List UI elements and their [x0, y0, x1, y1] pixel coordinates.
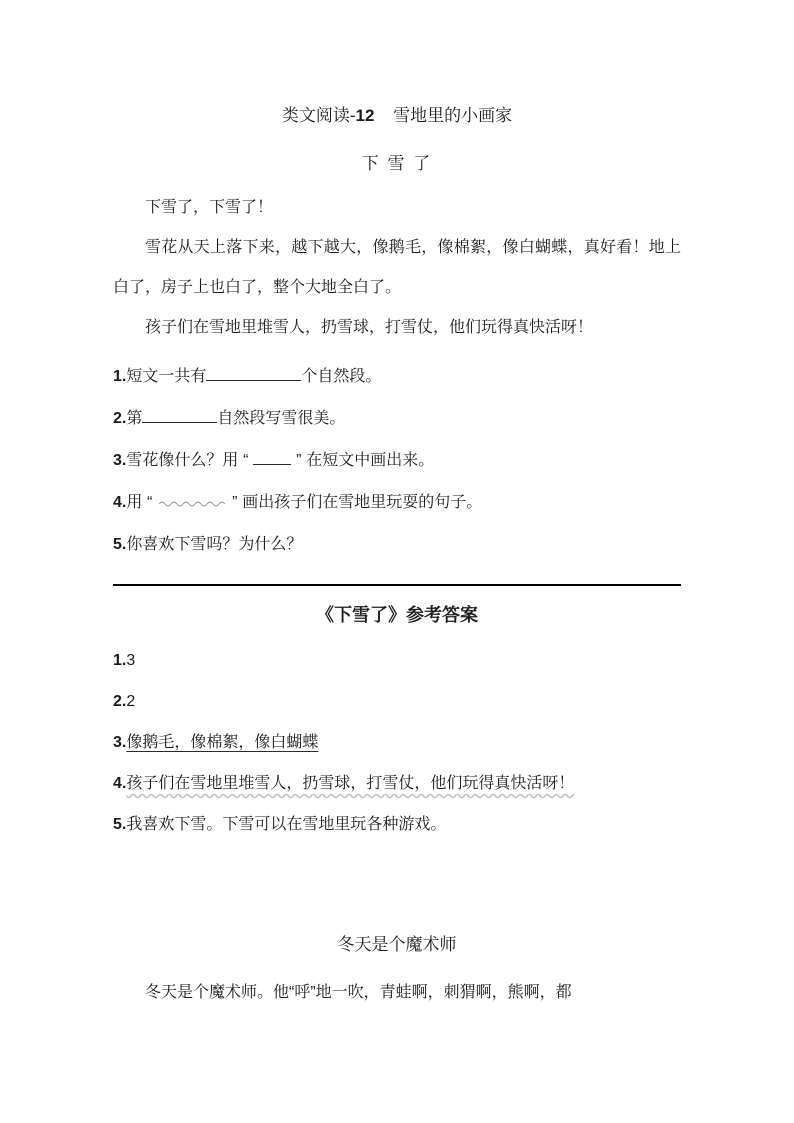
question-number: 4.	[113, 494, 126, 511]
question-number: 2.	[113, 410, 126, 427]
question-text: 用	[126, 494, 142, 511]
question-number: 5.	[113, 536, 126, 553]
close-quote: ”	[296, 452, 301, 469]
question-4: 4.用“”画出孩子们在雪地里玩耍的句子。	[113, 482, 681, 524]
answer-number: 2.	[113, 693, 126, 710]
answer-3: 3.像鹅毛，像棉絮，像白蝴蝶	[113, 722, 681, 763]
document-title: 类文阅读-12雪地里的小画家	[113, 104, 681, 128]
next-passage: 冬天是个魔术师。他“呼”地一吹，青蛙啊，刺猬啊，熊啊，都	[113, 973, 681, 1013]
open-quote: “	[147, 494, 152, 511]
next-passage-first-line: 冬天是个魔术师。他“呼”地一吹，青蛙啊，刺猬啊，熊啊，都	[113, 973, 681, 1013]
answer-text-underlined: 像鹅毛，像棉絮，像白蝴蝶	[126, 734, 318, 751]
answer-number: 1.	[113, 652, 126, 669]
passage-subtitle: 下 雪 了	[113, 152, 681, 176]
passage-paragraph: 雪花从天上落下来，越下越大，像鹅毛，像棉絮，像白蝴蝶，真好看！地上白了，房子上也…	[113, 228, 681, 308]
question-text: 个自然段。	[301, 368, 381, 385]
reading-passage: 下雪了，下雪了！ 雪花从天上落下来，越下越大，像鹅毛，像棉絮，像白蝴蝶，真好看！…	[113, 188, 681, 348]
answer-text: 3	[126, 652, 135, 669]
passage-paragraph: 孩子们在雪地里堆雪人，扔雪球，打雪仗，他们玩得真快活呀！	[113, 308, 681, 348]
answer-number: 4.	[113, 775, 126, 792]
document-page: 类文阅读-12雪地里的小画家 下 雪 了 下雪了，下雪了！ 雪花从天上落下来，越…	[0, 0, 794, 1123]
question-list: 1.短文一共有个自然段。 2.第自然段写雪很美。 3.雪花像什么？用“”在短文中…	[113, 356, 681, 566]
question-5: 5.你喜欢下雪吗？为什么？	[113, 524, 681, 566]
answers-heading: 《下雪了》参考答案	[113, 602, 681, 628]
title-number: 12	[356, 106, 375, 125]
answer-1: 1.3	[113, 640, 681, 681]
answer-text: 我喜欢下雪。下雪可以在雪地里玩各种游戏。	[126, 816, 446, 833]
question-text: 画出孩子们在雪地里玩耍的句子。	[242, 494, 482, 511]
question-3: 3.雪花像什么？用“”在短文中画出来。	[113, 440, 681, 482]
question-2: 2.第自然段写雪很美。	[113, 398, 681, 440]
question-1: 1.短文一共有个自然段。	[113, 356, 681, 398]
answer-number: 5.	[113, 816, 126, 833]
answer-blank-line	[142, 407, 217, 423]
close-quote: ”	[232, 494, 237, 511]
title-prefix: 类文阅读-	[282, 106, 356, 125]
question-number: 3.	[113, 452, 126, 469]
title-name: 雪地里的小画家	[393, 106, 512, 125]
question-text: 在短文中画出来。	[306, 452, 434, 469]
question-text: 自然段写雪很美。	[217, 410, 345, 427]
question-text: 你喜欢下雪吗？为什么？	[126, 536, 302, 553]
passage-paragraph: 下雪了，下雪了！	[113, 188, 681, 228]
answer-5: 5.我喜欢下雪。下雪可以在雪地里玩各种游戏。	[113, 804, 681, 845]
answer-2: 2.2	[113, 681, 681, 722]
answer-number: 3.	[113, 734, 126, 751]
question-number: 1.	[113, 368, 126, 385]
question-text: 第	[126, 410, 142, 427]
question-text: 雪花像什么？用	[126, 452, 238, 469]
answer-text: 2	[126, 693, 135, 710]
open-quote: “	[243, 452, 248, 469]
answer-list: 1.3 2.2 3.像鹅毛，像棉絮，像白蝴蝶 4.孩子们在雪地里堆雪人，扔雪球，…	[113, 640, 681, 845]
question-text: 短文一共有	[126, 368, 206, 385]
wavy-line-blank	[159, 499, 225, 507]
answer-4: 4.孩子们在雪地里堆雪人，扔雪球，打雪仗，他们玩得真快活呀！	[113, 763, 681, 804]
answer-blank-line	[206, 365, 301, 381]
section-divider	[113, 584, 681, 586]
answer-text-wavy-underlined: 孩子们在雪地里堆雪人，扔雪球，打雪仗，他们玩得真快活呀！	[126, 775, 574, 792]
answer-blank-line	[253, 449, 291, 465]
next-passage-heading: 冬天是个魔术师	[113, 933, 681, 957]
